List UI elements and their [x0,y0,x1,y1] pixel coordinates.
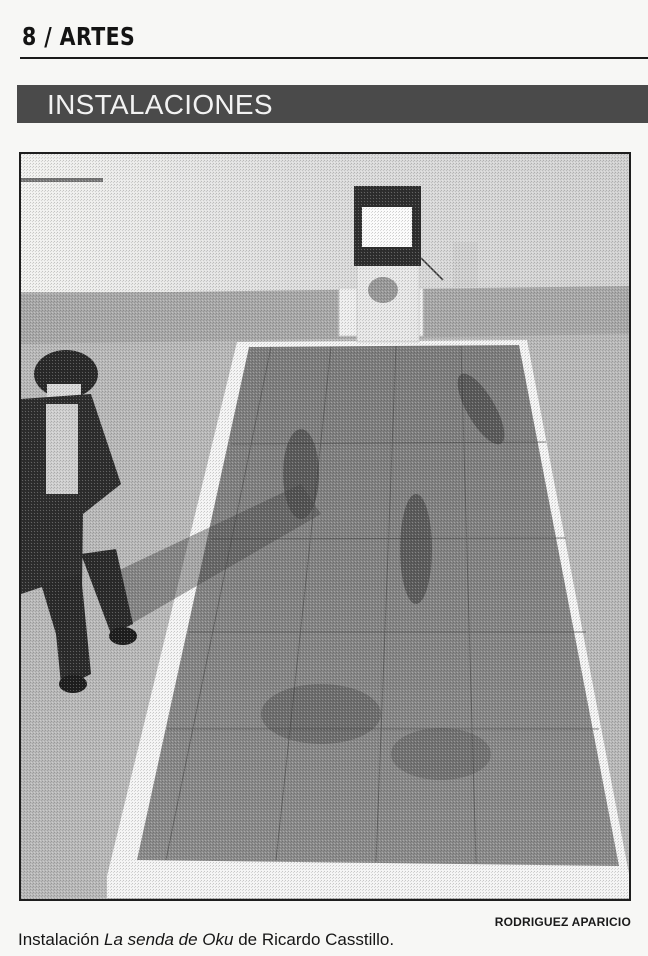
photo-caption: Instalación La senda de Oku de Ricardo C… [18,930,394,950]
installation-photo [19,152,631,901]
caption-work-title: La senda de Oku [104,930,233,949]
photo-illustration [21,154,629,899]
header-rule [20,57,648,59]
section-banner: INSTALACIONES [17,85,648,123]
caption-suffix: de Ricardo Casstillo. [233,930,394,949]
banner-title: INSTALACIONES [47,89,273,121]
photo-credit: RODRIGUEZ APARICIO [495,915,631,929]
caption-prefix: Instalación [18,930,104,949]
section-header: 8 / ARTES [22,22,135,51]
